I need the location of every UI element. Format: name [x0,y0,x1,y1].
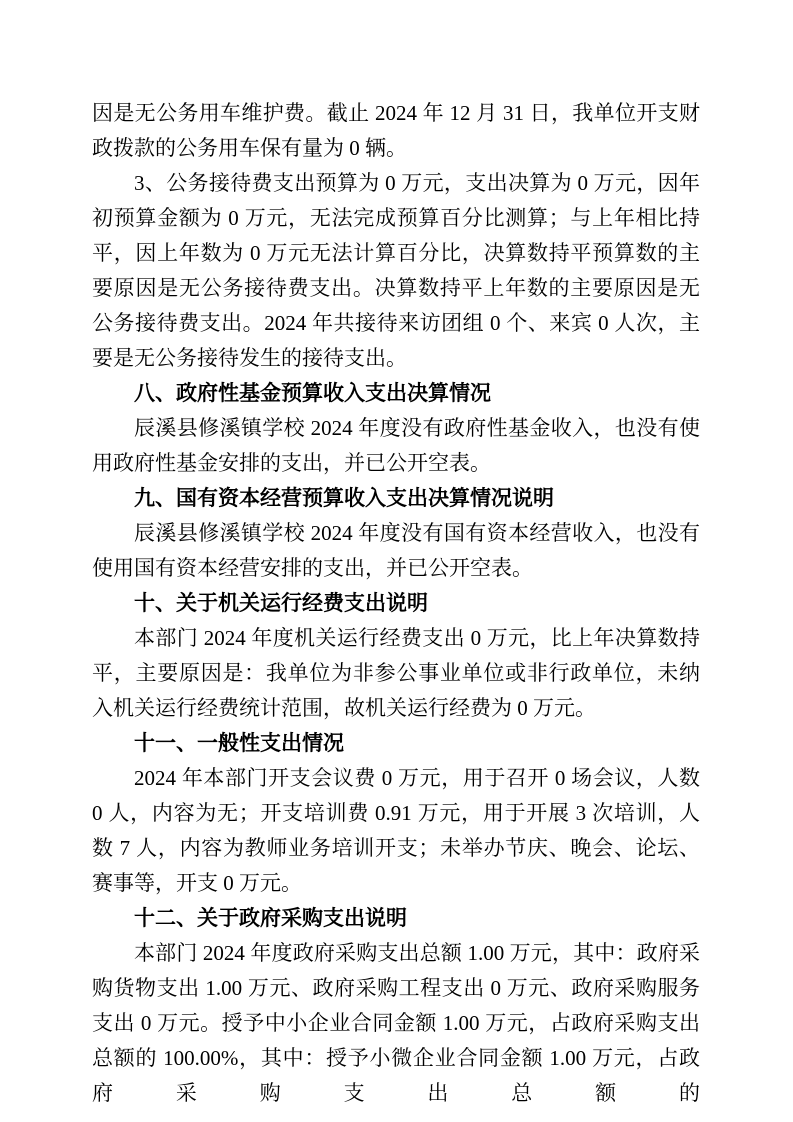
document-content: 因是无公务用车维护费。截止 2024 年 12 月 31 日，我单位开支财政拨款… [92,96,700,1111]
section-11-paragraph: 2024 年本部门开支会议费 0 万元，用于召开 0 场会议，人数 0 人，内容… [92,761,700,901]
document-page: 因是无公务用车维护费。截止 2024 年 12 月 31 日，我单位开支财政拨款… [0,0,793,1122]
section-10-paragraph: 本部门 2024 年度机关运行经费支出 0 万元，比上年决算数持平，主要原因是：… [92,621,700,726]
section-12-paragraph: 本部门 2024 年度政府采购支出总额 1.00 万元，其中：政府采购货物支出 … [92,936,700,1111]
section-heading-12: 十二、关于政府采购支出说明 [92,901,700,936]
item3-paragraph: 3、公务接待费支出预算为 0 万元，支出决算为 0 万元，因年初预算金额为 0 … [92,166,700,376]
section-heading-11: 十一、一般性支出情况 [92,726,700,761]
section-9-paragraph: 辰溪县修溪镇学校 2024 年度没有国有资本经营收入，也没有使用国有资本经营安排… [92,516,700,586]
continuation-paragraph: 因是无公务用车维护费。截止 2024 年 12 月 31 日，我单位开支财政拨款… [92,96,700,166]
section-heading-10: 十、关于机关运行经费支出说明 [92,586,700,621]
section-heading-9: 九、国有资本经营预算收入支出决算情况说明 [92,481,700,516]
section-heading-8: 八、政府性基金预算收入支出决算情况 [92,376,700,411]
section-8-paragraph: 辰溪县修溪镇学校 2024 年度没有政府性基金收入，也没有使用政府性基金安排的支… [92,411,700,481]
